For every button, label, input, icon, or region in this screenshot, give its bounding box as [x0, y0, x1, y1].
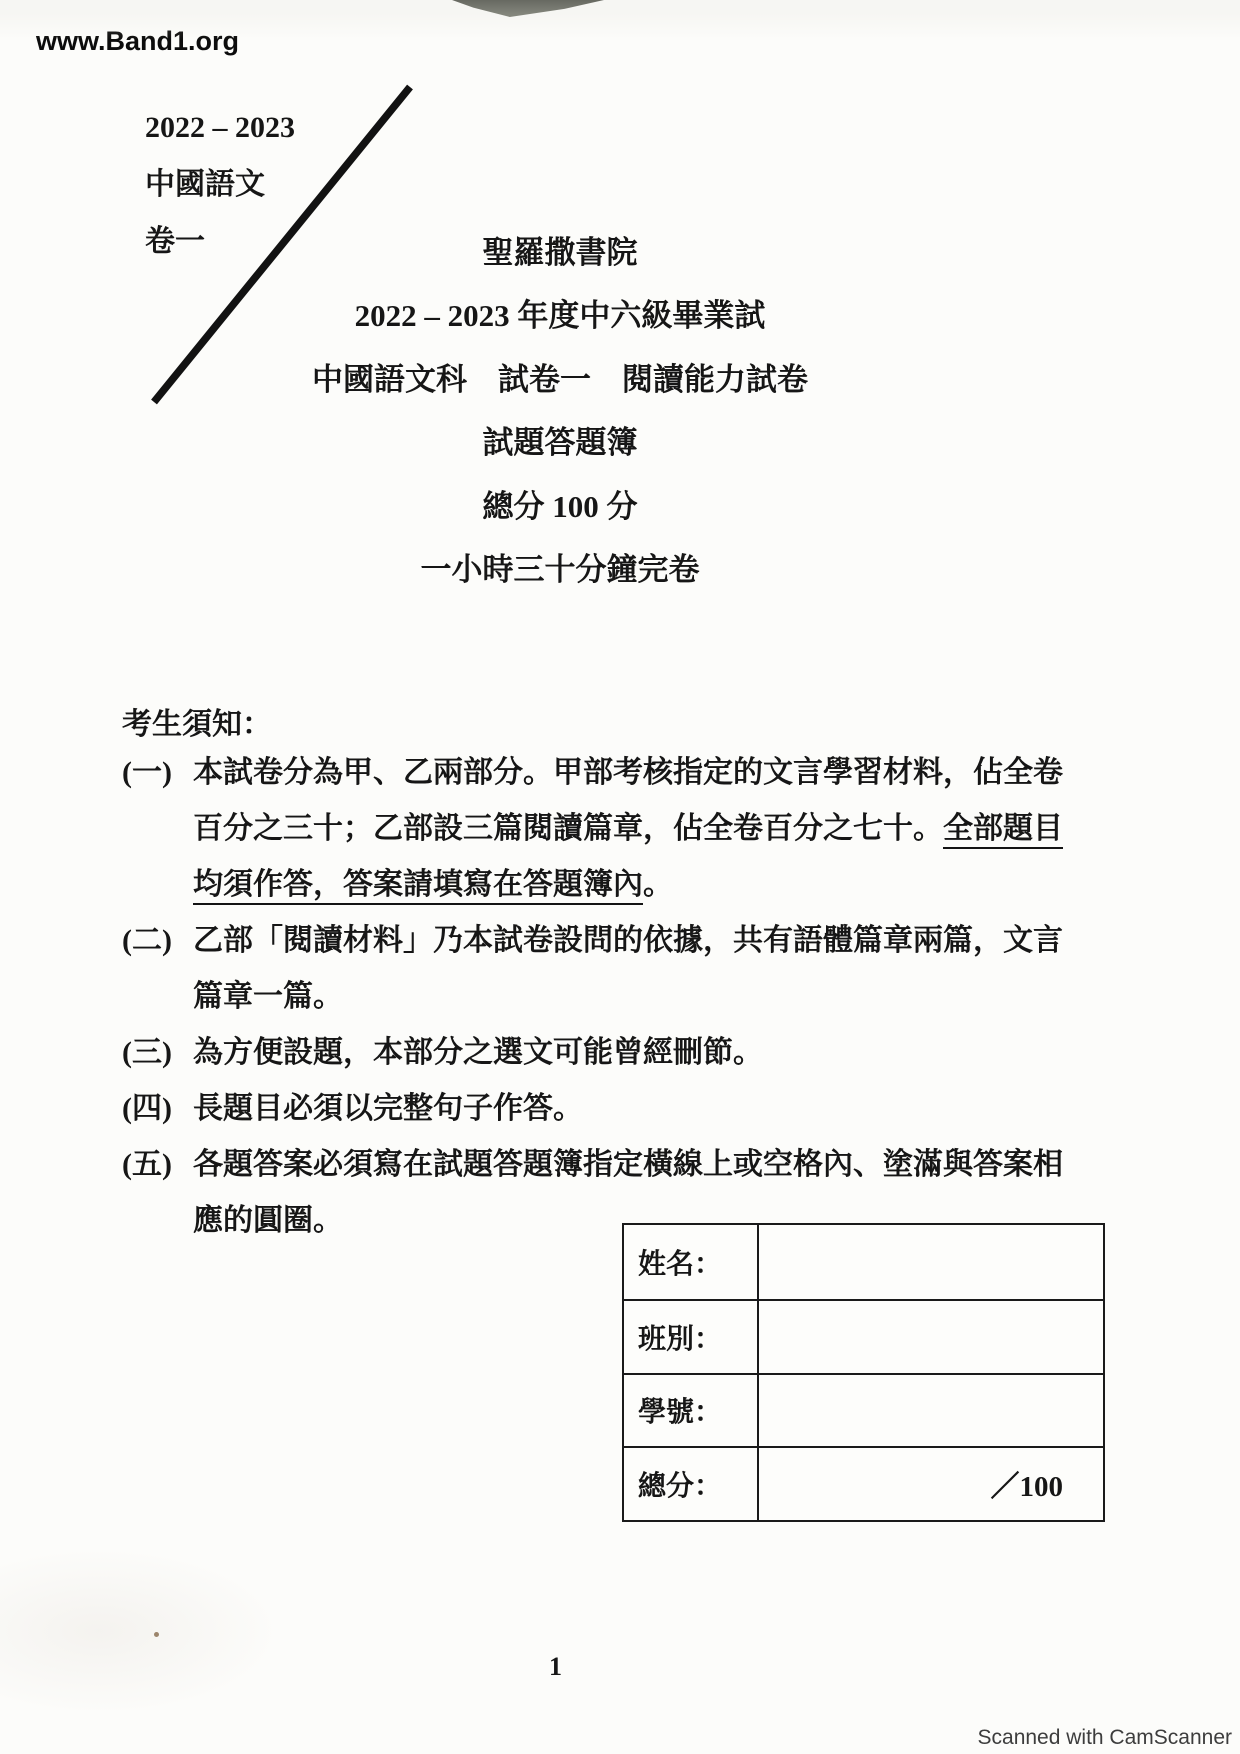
item-number: (二) — [122, 913, 193, 1025]
school-name: 聖羅撒書院 — [60, 221, 1060, 284]
name-label: 姓名： — [624, 1225, 759, 1299]
item-number: (一) — [122, 745, 193, 913]
instruction-line: 長題目必須以完整句子作答。 — [193, 1081, 1072, 1137]
instruction-line: 均須作答，答案請填寫在答題簿內。 — [193, 857, 1072, 913]
underlined-text: 全部題目 — [943, 812, 1063, 849]
item-number: (五) — [122, 1137, 193, 1249]
booklet-title: 試題答題簿 — [60, 411, 1060, 474]
item-number: (四) — [122, 1081, 193, 1137]
class-label: 班別： — [624, 1299, 759, 1373]
name-field — [759, 1225, 1103, 1299]
total-score-field: ／100 — [759, 1446, 1103, 1520]
item-number: (三) — [122, 1025, 193, 1081]
total-score-label: 總分： — [624, 1446, 759, 1520]
total-marks: 總分 100 分 — [60, 475, 1060, 538]
page-number: 1 — [549, 1652, 562, 1682]
duration: 一小時三十分鐘完卷 — [60, 538, 1060, 601]
scan-speck — [154, 1632, 159, 1637]
instruction-item-2: (二) 乙部「閱讀材料」乃本試卷設問的依據，共有語體篇章兩篇，文言 篇章一篇。 — [122, 913, 1072, 1025]
scan-artifact-wedge — [452, 0, 604, 17]
instruction-line: 為方便設題，本部分之選文可能曾經刪節。 — [193, 1025, 1072, 1081]
class-field — [759, 1299, 1103, 1373]
title-block: 聖羅撒書院 2022 – 2023 年度中六級畢業試 中國語文科 試卷一 閱讀能… — [60, 221, 1060, 601]
instruction-item-1: (一) 本試卷分為甲、乙兩部分。甲部考核指定的文言學習材料，佔全卷 百分之三十；… — [122, 745, 1072, 913]
exam-title: 2022 – 2023 年度中六級畢業試 — [60, 284, 1060, 347]
notice-heading: 考生須知： — [122, 699, 272, 743]
instruction-line: 各題答案必須寫在試題答題簿指定橫線上或空格內、塗滿與答案相 — [193, 1137, 1072, 1193]
watermark-url: www.Band1.org — [36, 26, 239, 57]
instruction-item-3: (三) 為方便設題，本部分之選文可能曾經刪節。 — [122, 1025, 1072, 1081]
student-number-label: 學號： — [624, 1373, 759, 1447]
instruction-line: 百分之三十；乙部設三篇閱讀篇章，佔全卷百分之七十。全部題目 — [193, 801, 1072, 857]
student-info-table: 姓名： 班別： 學號： 總分： ／100 — [622, 1223, 1105, 1522]
instructions-list: (一) 本試卷分為甲、乙兩部分。甲部考核指定的文言學習材料，佔全卷 百分之三十；… — [122, 745, 1072, 1249]
instruction-item-4: (四) 長題目必須以完整句子作答。 — [122, 1081, 1072, 1137]
student-number-field — [759, 1373, 1103, 1447]
scanner-credit: Scanned with CamScanner — [978, 1726, 1232, 1750]
paper-title: 中國語文科 試卷一 閱讀能力試卷 — [60, 348, 1060, 411]
instruction-line: 本試卷分為甲、乙兩部分。甲部考核指定的文言學習材料，佔全卷 — [193, 745, 1072, 801]
instruction-line: 篇章一篇。 — [193, 969, 1072, 1025]
underlined-text: 均須作答，答案請填寫在答題簿內 — [193, 868, 643, 905]
instruction-line: 乙部「閱讀材料」乃本試卷設問的依據，共有語體篇章兩篇，文言 — [193, 913, 1072, 969]
exam-cover-page: www.Band1.org 2022 – 2023 中國語文 卷一 聖羅撒書院 … — [0, 0, 1240, 1754]
